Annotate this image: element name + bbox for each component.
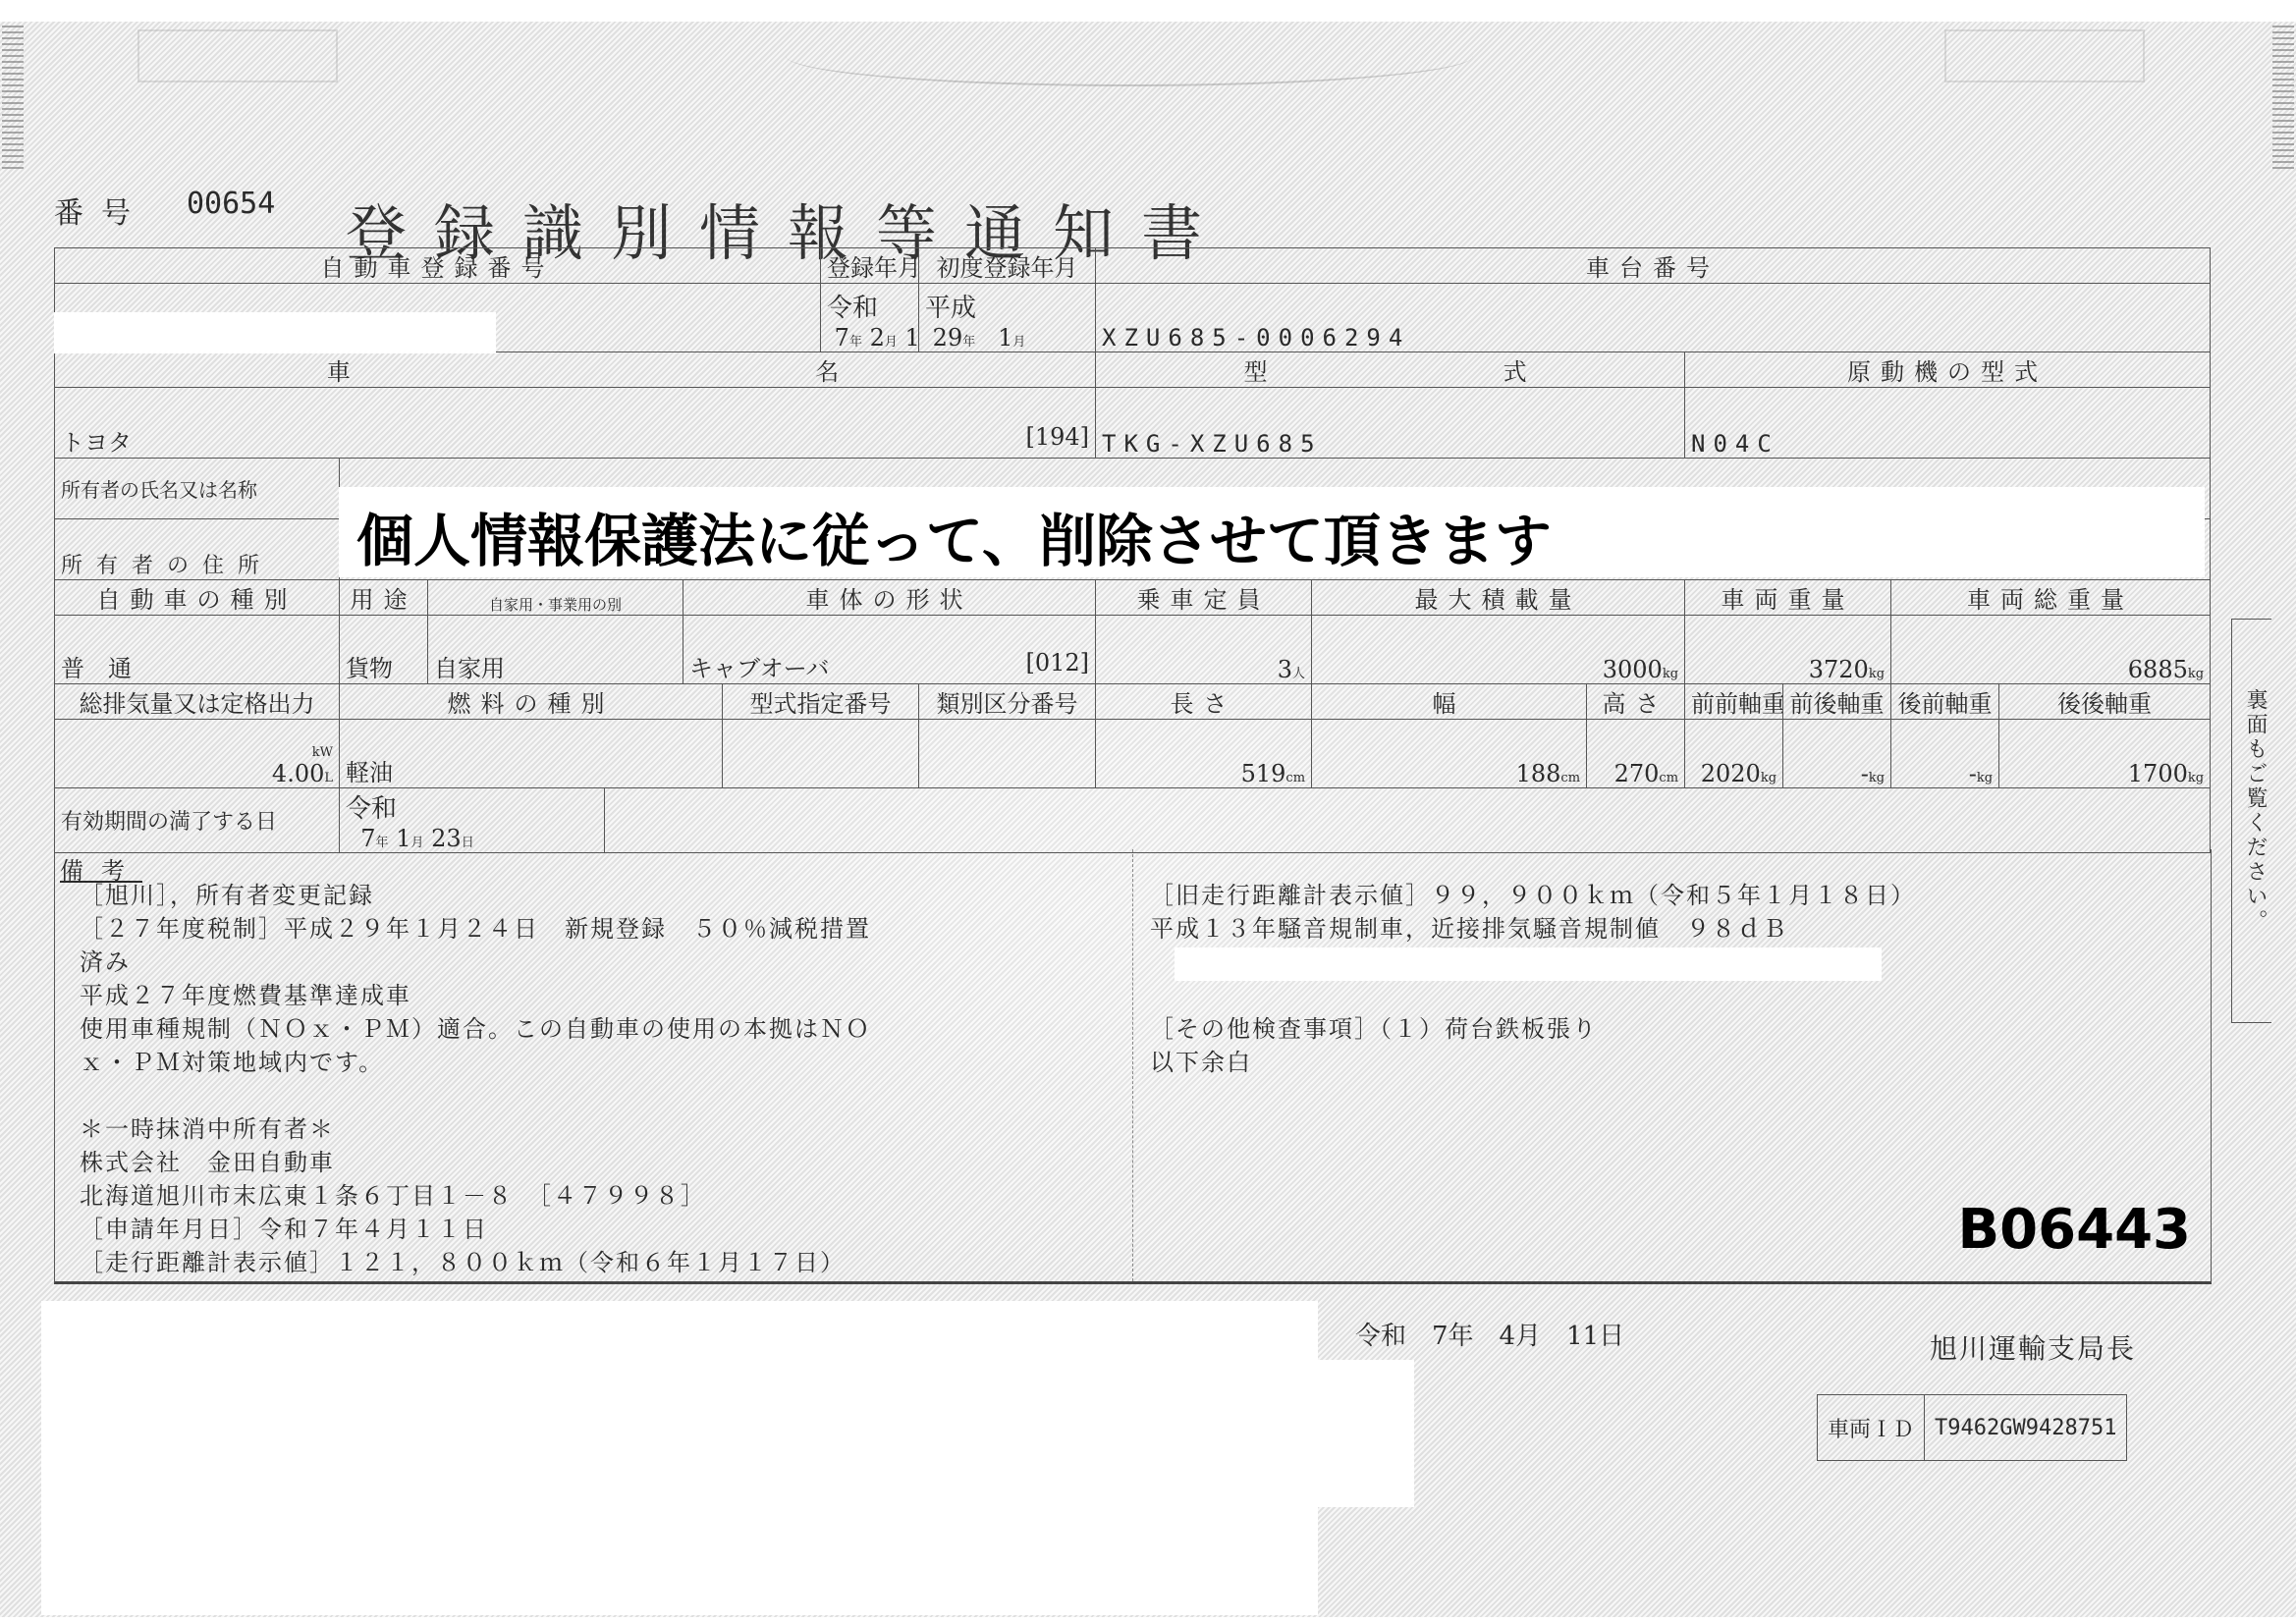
rf-axle-value: -kg — [1891, 720, 1999, 788]
remarks-line — [1150, 979, 1916, 1012]
top-ornament — [786, 26, 1473, 86]
ff-axle-value: 2020kg — [1685, 720, 1783, 788]
owner-address-label: 所有者の住所 — [55, 519, 340, 580]
side-note: 裏面もご覧ください。 — [2231, 619, 2271, 1023]
redaction-stamp — [1257, 1360, 1414, 1507]
category-number-header: 類別区分番号 — [919, 684, 1096, 720]
type-designation-header: 型式指定番号 — [723, 684, 919, 720]
remarks-line: 平成１３年騒音規制車，近接排気騒音規制値 ９８ｄＢ — [1150, 912, 1916, 946]
remarks-line: ［その他検査事項］（１）荷台鉄板張り — [1150, 1012, 1916, 1046]
max-load-value: 3000kg — [1312, 616, 1685, 684]
fr-axle-value: -kg — [1783, 720, 1891, 788]
chassis-header: 車台番号 — [1096, 248, 2211, 284]
remarks-left: ［旭川］，所有者変更記録［２７年度税制］平成２９年１月２４日 新規登録 ５０％減… — [80, 879, 871, 1279]
width-value: 188cm — [1312, 720, 1587, 788]
rf-axle-header: 後前軸重 — [1891, 684, 1999, 720]
private-business-value: 自家用 — [428, 616, 683, 684]
engine-model: N04C — [1685, 388, 2211, 459]
capacity-value: 3人 — [1096, 616, 1312, 684]
issue-date: 令和 7年 4月 11日 — [1355, 1316, 1624, 1352]
redaction-remarks — [1175, 947, 1882, 981]
length-header: 長さ — [1096, 684, 1312, 720]
engine-header: 原動機の型式 — [1685, 352, 2211, 388]
remarks-section: 備考 ［旭川］，所有者変更記録［２７年度税制］平成２９年１月２４日 新規登録 ５… — [54, 849, 2212, 1284]
body-header: 車体の形状 — [683, 580, 1096, 616]
category-number-value — [919, 720, 1096, 788]
reg-date-value: 令和 7年 2月 12日 — [821, 284, 919, 352]
reference-code: B06443 — [1957, 1198, 2191, 1262]
ff-axle-header: 前前軸重 — [1685, 684, 1783, 720]
vehicle-name-header: 車名 — [55, 352, 1096, 388]
first-reg-header: 初度登録年月 — [919, 248, 1096, 284]
capacity-header: 乗車定員 — [1096, 580, 1312, 616]
serial-number: 00654 — [187, 187, 275, 221]
type-designation-value — [723, 720, 919, 788]
fuel-header: 燃料の種別 — [340, 684, 723, 720]
gross-weight-header: 車両総重量 — [1891, 580, 2211, 616]
reg-date-header: 登録年月日 — [821, 248, 919, 284]
remarks-line: 株式会社 金田自動車 — [80, 1146, 871, 1179]
remarks-line: ［旭川］，所有者変更記録 — [80, 879, 871, 912]
remarks-line: 北海道旭川市末広東１条６丁目１－８ ［４７９９８］ — [80, 1179, 871, 1213]
displacement-value: kW4.00L — [55, 720, 340, 788]
expiry-blank — [605, 788, 2211, 853]
remarks-line: 済み — [80, 946, 871, 979]
remarks-line: ＊一時抹消中所有者＊ — [80, 1112, 871, 1146]
vehicle-id-box: 車両ＩＤ T9462GW9428751 — [1817, 1394, 2127, 1461]
weight-header: 車両重量 — [1685, 580, 1891, 616]
fr-axle-header: 前後軸重 — [1783, 684, 1891, 720]
vehicle-name: トヨタ [194] — [55, 388, 1096, 459]
height-header: 高さ — [1587, 684, 1685, 720]
remarks-divider — [1132, 849, 1133, 1281]
gross-weight-value: 6885kg — [1891, 616, 2211, 684]
category-header: 自動車の種別 — [55, 580, 340, 616]
remarks-line: 使用車種規制（ＮＯｘ・ＰＭ）適合。この自動車の使用の本拠はＮＯ — [80, 1012, 871, 1046]
remarks-line: ［旧走行距離計表示値］９９，９００ｋｍ（令和５年１月１８日） — [1150, 879, 1916, 912]
remarks-line: ｘ・ＰＭ対策地域内です。 — [80, 1046, 871, 1079]
chassis-number: XZU685-0006294 — [1096, 284, 2211, 352]
private-business-header: 自家用・事業用の別 — [428, 580, 683, 616]
remarks-line: ［走行距離計表示値］１２１，８００ｋｍ（令和６年１月１７日） — [80, 1246, 871, 1279]
remarks-line: ［２７年度税制］平成２９年１月２４日 新規登録 ５０％減税措置 — [80, 912, 871, 946]
expiry-value: 令和 7年 1月 23日 — [340, 788, 605, 853]
serial-label: 番号 — [54, 189, 148, 232]
category-value: 普 通 — [55, 616, 340, 684]
privacy-notice-text: 個人情報保護法に従って、削除させて頂きます — [356, 495, 1552, 577]
height-value: 270cm — [1587, 720, 1685, 788]
border-ornament-right — [2272, 22, 2294, 169]
rr-axle-value: 1700kg — [1999, 720, 2211, 788]
model-header: 型式 — [1096, 352, 1685, 388]
remarks-line: 平成２７年度燃費基準達成車 — [80, 979, 871, 1012]
use-value: 貨物 — [340, 616, 428, 684]
side-note-text: 裏面もご覧ください。 — [2240, 688, 2270, 934]
issuer: 旭川運輸支局長 — [1930, 1327, 2136, 1367]
owner-name-label: 所有者の氏名又は名称 — [55, 459, 340, 519]
displacement-header: 総排気量又は定格出力 — [55, 684, 340, 720]
mlit-watermark-left — [137, 29, 338, 82]
privacy-redaction-banner: 個人情報保護法に従って、削除させて頂きます — [339, 487, 2205, 577]
body-value: キャブオーバ[012] — [683, 616, 1096, 684]
mlit-watermark-right — [1944, 29, 2145, 82]
remarks-line: 以下余白 — [1150, 1046, 1916, 1079]
max-load-header: 最大積載量 — [1312, 580, 1685, 616]
length-value: 519cm — [1096, 720, 1312, 788]
vehicle-id-value: T9462GW9428751 — [1925, 1395, 2126, 1460]
remarks-line — [80, 1079, 871, 1112]
width-header: 幅 — [1312, 684, 1587, 720]
reg-number-header: 自動車登録番号 — [55, 248, 821, 284]
border-ornament-left — [2, 22, 24, 169]
use-header: 用途 — [340, 580, 428, 616]
first-reg-value: 平成 29年 1月 — [919, 284, 1096, 352]
expiry-label: 有効期間の満了する日 — [55, 788, 340, 853]
rr-axle-header: 後後軸重 — [1999, 684, 2211, 720]
vehicle-model: TKG-XZU685 — [1096, 388, 1685, 459]
vehicle-id-label: 車両ＩＤ — [1818, 1395, 1925, 1460]
weight-value: 3720kg — [1685, 616, 1891, 684]
fuel-value: 軽油 — [340, 720, 723, 788]
redaction-bottom-left — [41, 1301, 1318, 1615]
remarks-line: ［申請年月日］令和７年４月１１日 — [80, 1213, 871, 1246]
redaction-reg-number — [54, 312, 496, 353]
